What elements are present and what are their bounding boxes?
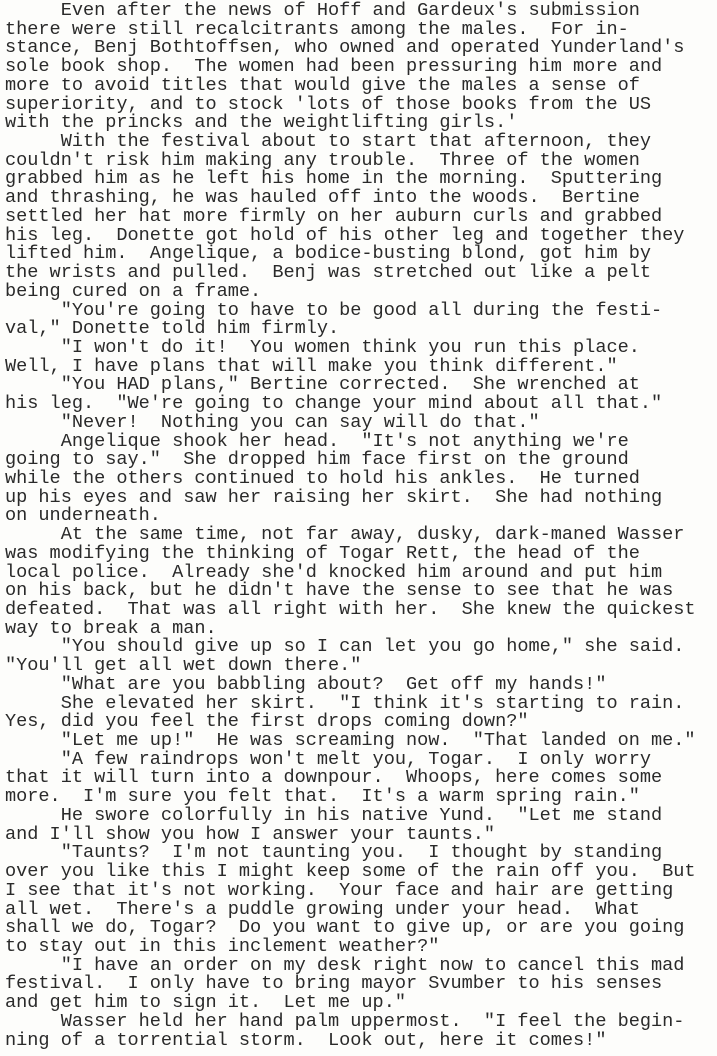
- text-line: "I won't do it! You women think you run …: [5, 339, 717, 358]
- text-line: while the others continued to hold his a…: [5, 470, 717, 489]
- text-line: He swore colorfully in his native Yund. …: [5, 807, 717, 826]
- text-line: the wrists and pulled. Benj was stretche…: [5, 264, 717, 283]
- text-line: to stay out in this inclement weather?": [5, 938, 717, 957]
- text-line: more to avoid titles that would give the…: [5, 77, 717, 96]
- text-line: being cured on a frame.: [5, 283, 717, 302]
- text-line: and get him to sign it. Let me up.": [5, 994, 717, 1013]
- text-line: over you like this I might keep some of …: [5, 863, 717, 882]
- text-line: "What are you babbling about? Get off my…: [5, 676, 717, 695]
- text-line: Wasser held her hand palm uppermost. "I …: [5, 1013, 717, 1032]
- text-line: "Never! Nothing you can say will do that…: [5, 414, 717, 433]
- text-line: With the festival about to start that af…: [5, 133, 717, 152]
- typewritten-page: Even after the news of Hoff and Gardeux'…: [5, 2, 717, 1050]
- text-line: ning of a torrential storm. Look out, he…: [5, 1032, 717, 1051]
- text-line: defeated. That was all right with her. S…: [5, 601, 717, 620]
- text-line: "Let me up!" He was screaming now. "That…: [5, 732, 717, 751]
- text-line: his leg. "We're going to change your min…: [5, 395, 717, 414]
- text-line: settled her hat more firmly on her aubur…: [5, 208, 717, 227]
- text-line: I see that it's not working. Your face a…: [5, 882, 717, 901]
- text-line: Even after the news of Hoff and Gardeux'…: [5, 2, 717, 21]
- text-line: was modifying the thinking of Togar Rett…: [5, 545, 717, 564]
